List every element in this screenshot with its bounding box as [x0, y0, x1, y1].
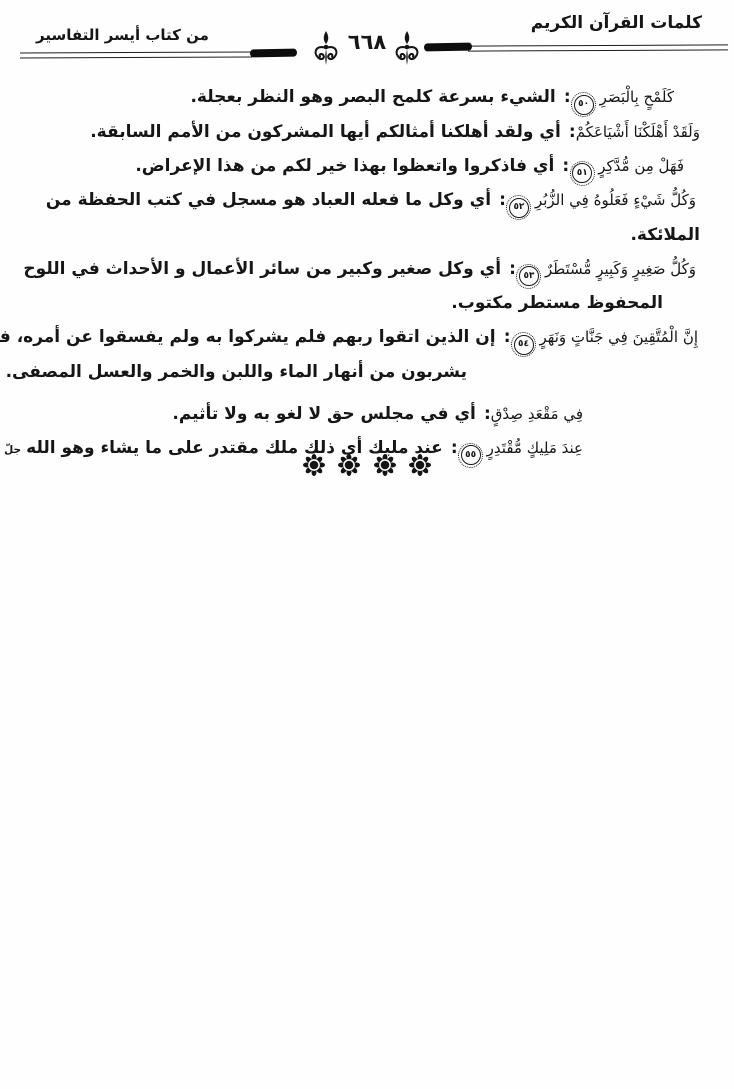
quran-phrase: إِنَّ الْمُتَّقِينَ فِي جَنَّاتٍ وَنَهَر…	[540, 328, 699, 346]
explanation-text: يشربون من أنهار الماء واللبن والخمر والع…	[6, 362, 467, 382]
header-ink-bar-right	[424, 43, 472, 52]
verse-number: ٥٣	[523, 272, 534, 281]
colon-separator: :	[504, 327, 511, 347]
fleuron-ornament-icon	[311, 31, 341, 65]
explanation-text: الشيء بسرعة كلمح البصر وهو النظر بعجلة.	[190, 87, 555, 107]
header-rule-left	[20, 51, 252, 58]
verse-number-medallion: ٥٣	[519, 266, 539, 286]
rosette-flower-icon	[374, 454, 396, 480]
colon-separator: :	[484, 404, 491, 424]
explanation-text: إن الذين اتقوا ربهم فلم يشركوا به ولم يف…	[0, 327, 496, 347]
colon-separator: :	[509, 259, 516, 279]
book-page: كلمات القرآن الكريم من كتاب أيسر التفاسي…	[0, 0, 734, 1089]
quran-phrase: كَلَمْحٍ بِالْبَصَرِ	[600, 88, 674, 106]
entry-continuation-line: يشربون من أنهار الماء واللبن والخمر والع…	[30, 355, 467, 389]
page-number: ٦٦٨	[343, 30, 391, 54]
verse-number-medallion: ٥٠	[574, 95, 594, 115]
colon-separator: :	[564, 87, 571, 107]
explanation-text: أي في مجلس حق لا لغو به ولا تأثيم.	[172, 404, 476, 424]
verse-number: ٥٤	[518, 340, 529, 349]
entry-line: وَكُلُّ شَيْءٍ فَعَلُوهُ فِي الزُّبُرِ٥٢…	[30, 183, 696, 218]
rosette-flower-icon	[409, 454, 431, 480]
header-rule-right	[468, 44, 728, 51]
entry-line: فِي مَقْعَدِ صِدْقٍ: أي في مجلس حق لا لغ…	[30, 397, 583, 431]
footer-ornament-row	[0, 454, 734, 480]
entry-line: كَلَمْحٍ بِالْبَصَرِ٥٠: الشيء بسرعة كلمح…	[30, 80, 674, 115]
verse-number: ٥٠	[578, 100, 589, 109]
entry-line: فَهَلْ مِن مُّدَّكِرٍ٥١: أي فاذكروا واتع…	[30, 149, 684, 184]
quran-phrase: وَلَقَدْ أَهْلَكْنَا أَشْيَاعَكُمْ	[576, 123, 700, 141]
verse-number: ٥١	[577, 169, 588, 178]
verse-number-medallion: ٥١	[572, 163, 592, 183]
entry-continuation-line: الملائكة.	[30, 218, 700, 252]
entry-line: إِنَّ الْمُتَّقِينَ فِي جَنَّاتٍ وَنَهَر…	[30, 320, 698, 355]
explanation-text: المحفوظ مستطر مكتوب.	[451, 293, 663, 313]
header-ink-bar-left	[250, 49, 297, 58]
rosette-flower-icon	[303, 454, 325, 480]
explanation-text: أي فاذكروا واتعظوا بهذا خير لكم من هذا ا…	[135, 156, 554, 176]
colon-separator: :	[499, 190, 506, 210]
quran-phrase: وَكُلُّ شَيْءٍ فَعَلُوهُ فِي الزُّبُرِ	[535, 191, 696, 209]
tafsir-text-block: كَلَمْحٍ بِالْبَصَرِ٥٠: الشيء بسرعة كلمح…	[30, 80, 700, 467]
explanation-text: أي وكل ما فعله العباد هو مسجل في كتب الح…	[46, 190, 491, 210]
rosette-flower-icon	[338, 454, 360, 480]
fleuron-ornament-icon	[392, 31, 422, 65]
quran-phrase: وَكُلُّ صَغِيرٍ وَكَبِيرٍ مُّسْتَطَرٌ	[545, 260, 696, 278]
colon-separator: :	[569, 122, 576, 142]
explanation-text: أي ولقد أهلكنا أمثالكم أيها المشركون من …	[90, 122, 561, 142]
colon-separator: :	[562, 156, 569, 176]
entry-continuation-line: المحفوظ مستطر مكتوب.	[30, 286, 663, 320]
verse-number-medallion: ٥٤	[514, 335, 534, 355]
entry-line: وَلَقَدْ أَهْلَكْنَا أَشْيَاعَكُمْ: أي و…	[30, 115, 700, 149]
quran-phrase: فَهَلْ مِن مُّدَّكِرٍ	[598, 157, 684, 175]
quran-phrase: فِي مَقْعَدِ صِدْقٍ	[491, 405, 583, 423]
header-title-left: من كتاب أيسر التفاسير	[36, 26, 209, 44]
explanation-text: أي وكل صغير وكبير من سائر الأعمال و الأح…	[23, 259, 501, 279]
explanation-text: الملائكة.	[630, 225, 700, 245]
entry-line: وَكُلُّ صَغِيرٍ وَكَبِيرٍ مُّسْتَطَرٌ٥٣:…	[30, 252, 696, 287]
verse-number: ٥٢	[513, 203, 524, 212]
verse-number-medallion: ٥٢	[509, 198, 529, 218]
header-title-right: كلمات القرآن الكريم	[531, 13, 702, 33]
